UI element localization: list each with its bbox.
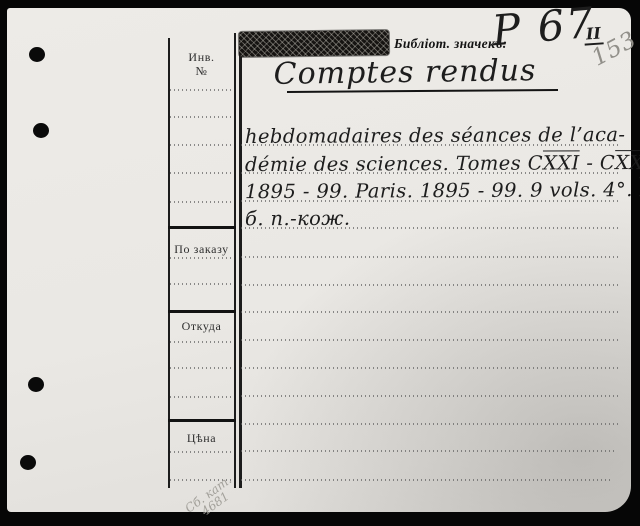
main-vertical-rule — [239, 33, 242, 488]
dotted-rule — [170, 257, 232, 259]
dotted-rule — [170, 283, 232, 285]
dotted-rule — [170, 451, 232, 453]
column-separator — [168, 310, 236, 313]
dotted-rule — [241, 367, 618, 369]
entry-line-1: hebdomadaires des séances de l’aca- — [245, 123, 626, 148]
origin-label: Откуда — [168, 319, 235, 334]
dotted-rule — [170, 89, 232, 91]
scanned-catalog-card-page: Инв. № По заказу Откуда Цѣна Библіот. зн… — [0, 0, 640, 526]
dotted-rule — [241, 284, 618, 286]
dotted-rule — [170, 396, 232, 398]
punch-hole — [29, 47, 45, 62]
inventory-number-sign: № — [168, 64, 235, 79]
dotted-rule — [241, 423, 618, 425]
punch-hole — [28, 377, 44, 392]
dotted-rule — [241, 450, 615, 452]
redacted-stamp-block — [239, 30, 389, 57]
dotted-rule — [170, 201, 232, 203]
card-title-handwritten: Comptes rendus — [252, 53, 558, 92]
dotted-rule — [170, 172, 232, 174]
punch-hole — [20, 455, 36, 470]
dotted-rule — [241, 256, 618, 258]
dotted-rule — [170, 144, 232, 146]
dotted-rule — [170, 367, 232, 369]
call-number-handwritten: P 67 — [490, 0, 597, 55]
entry-line-2: démie des sciences. Tomes CXXI - CXXIX. — [245, 151, 640, 176]
roman-numeral-overlined: XXI — [543, 151, 580, 174]
entry-line-4: б. п.-кож. — [245, 207, 351, 231]
entry-line-2-text: - C — [580, 151, 616, 174]
ordered-by-label: По заказу — [168, 242, 235, 257]
dotted-rule — [241, 339, 618, 341]
column-separator — [168, 419, 236, 422]
column-separator — [168, 226, 236, 229]
entry-line-2-text: démie des sciences. Tomes C — [245, 152, 543, 177]
dotted-rule — [241, 479, 613, 481]
price-label: Цѣна — [168, 431, 235, 446]
roman-numeral-overlined: XXIX — [615, 151, 640, 174]
dotted-rule — [170, 116, 232, 118]
punch-hole — [33, 123, 49, 138]
dotted-rule — [170, 341, 232, 343]
entry-line-3-text: 1895 - 99. Paris. 1895 - 99. 9 vols. 4°. — [245, 178, 640, 203]
dotted-rule — [241, 395, 618, 397]
entry-line-3: 1895 - 99. Paris. 1895 - 99. 9 vols. 4°.… — [245, 178, 640, 203]
inventory-number-label: Инв. — [168, 50, 235, 65]
library-mark-label: Библіот. значекъ: — [394, 36, 507, 52]
dotted-rule — [241, 311, 618, 313]
